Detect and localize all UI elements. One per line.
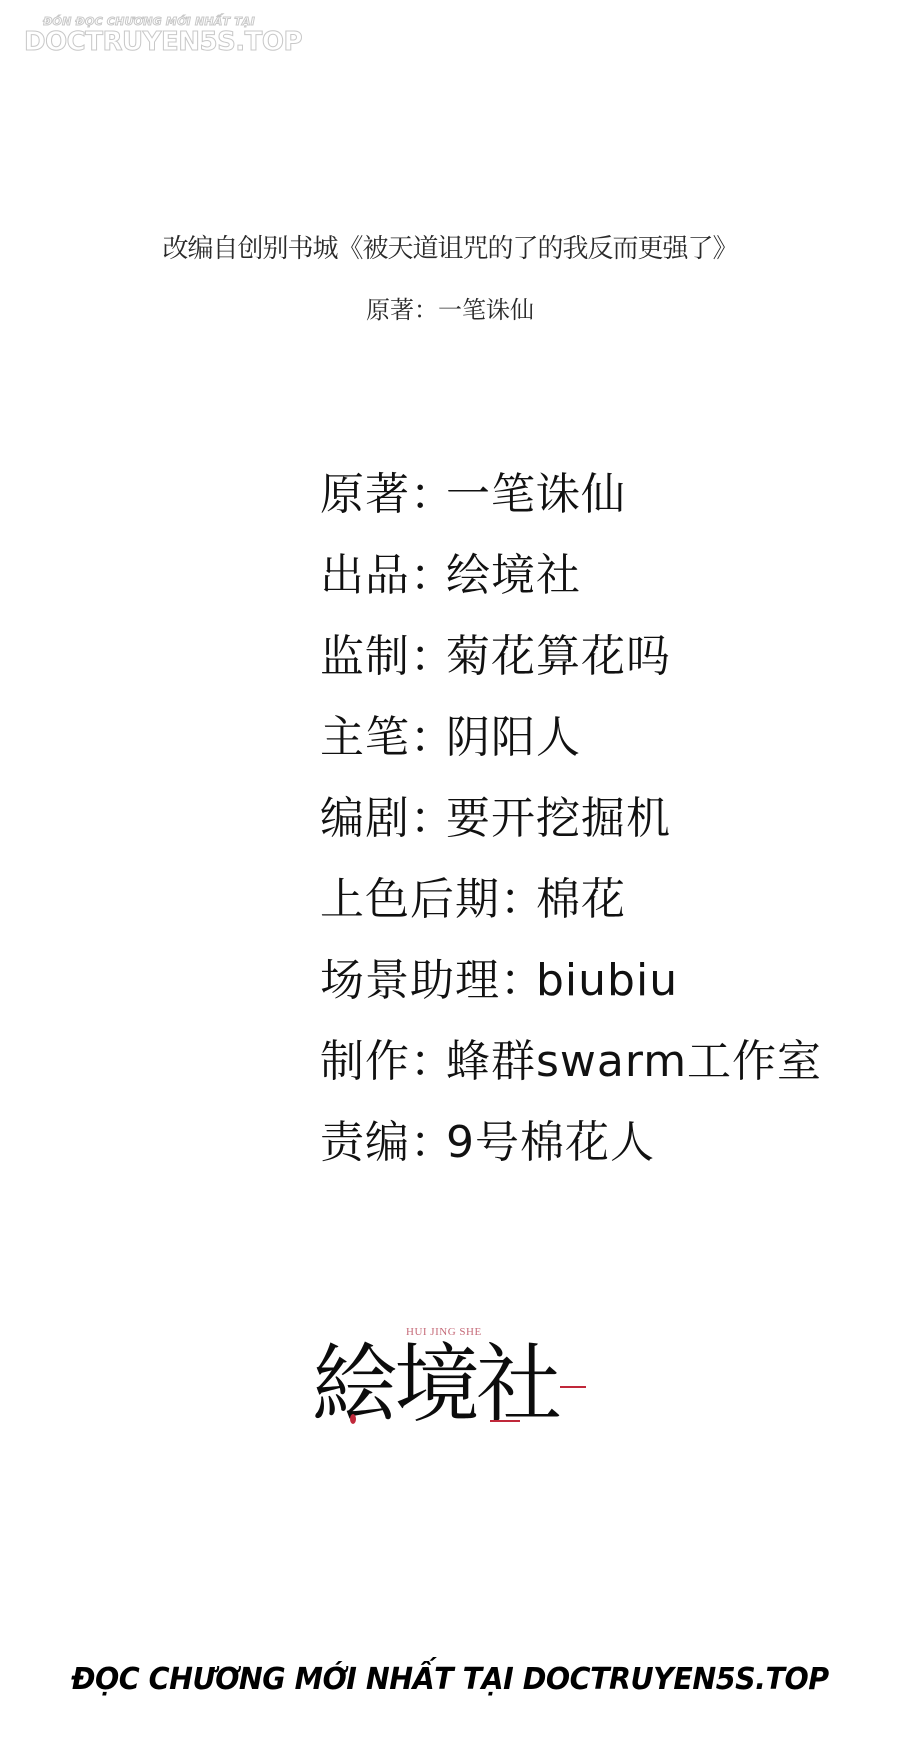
credit-name: 菊花算花吗 bbox=[446, 631, 671, 682]
credit-name: 9号棉花人 bbox=[446, 1117, 655, 1168]
credit-row-supervisor: 监制：菊花算花吗 bbox=[320, 630, 822, 711]
credit-row-original-author: 原著：一笔诛仙 bbox=[320, 468, 822, 549]
credit-row-lead-artist: 主笔：阴阳人 bbox=[320, 711, 822, 792]
credit-separator: ： bbox=[410, 1116, 446, 1170]
logo-wordmark: 絵境社 bbox=[312, 1330, 558, 1440]
watermark-domain: DOCTRUYEN5S.TOP bbox=[24, 29, 274, 55]
credit-name: 阴阳人 bbox=[446, 712, 581, 763]
credit-separator: ： bbox=[410, 792, 446, 846]
credit-role: 编剧 bbox=[320, 793, 410, 844]
credit-role: 上色后期 bbox=[320, 874, 500, 925]
credit-role: 监制 bbox=[320, 631, 410, 682]
credit-separator: ： bbox=[500, 873, 536, 927]
credit-separator: ： bbox=[500, 954, 536, 1008]
logo-red-accent-stroke-icon bbox=[490, 1420, 520, 1422]
hui-jing-she-logo: 絵境社 HUI JING SHE bbox=[312, 1318, 582, 1458]
original-author-line: 原著：一笔诛仙 bbox=[0, 290, 900, 325]
credit-name: 棉花 bbox=[536, 874, 626, 925]
credit-row-production: 制作：蜂群swarm工作室 bbox=[320, 1035, 822, 1116]
credits-list: 原著：一笔诛仙 出品：绘境社 监制：菊花算花吗 主笔：阴阳人 编剧：要开挖掘机 … bbox=[320, 468, 822, 1197]
credit-name: biubiu bbox=[536, 955, 678, 1006]
credit-role: 制作 bbox=[320, 1036, 410, 1087]
credit-name: 要开挖掘机 bbox=[446, 793, 671, 844]
credit-separator: ： bbox=[410, 549, 446, 603]
credit-role: 责编 bbox=[320, 1117, 410, 1168]
watermark-tagline: ĐÓN ĐỌC CHƯƠNG MỚI NHẤT TẠI bbox=[24, 16, 274, 27]
credit-separator: ： bbox=[410, 711, 446, 765]
logo-subtitle: HUI JING SHE bbox=[404, 1326, 484, 1338]
read-latest-chapter-banner: ĐỌC CHƯƠNG MỚI NHẤT TẠI DOCTRUYEN5S.TOP bbox=[23, 1662, 878, 1697]
credit-name: 蜂群swarm工作室 bbox=[446, 1036, 822, 1087]
credit-separator: ： bbox=[410, 630, 446, 684]
credit-role: 原著 bbox=[320, 469, 410, 520]
credit-role: 主笔 bbox=[320, 712, 410, 763]
credit-row-background-assistant: 场景助理：biubiu bbox=[320, 954, 822, 1035]
credit-row-screenwriter: 编剧：要开挖掘机 bbox=[320, 792, 822, 873]
adaptation-source-line: 改编自创别书城《被天道诅咒的了的我反而更强了》 bbox=[0, 228, 900, 265]
logo-red-accent-stroke-icon bbox=[560, 1386, 586, 1388]
credit-separator: ： bbox=[410, 468, 446, 522]
credit-role: 出品 bbox=[320, 550, 410, 601]
logo-red-accent-dot-icon bbox=[350, 1414, 356, 1424]
credit-row-publisher: 出品：绘境社 bbox=[320, 549, 822, 630]
credit-separator: ： bbox=[410, 1035, 446, 1089]
credit-row-editor: 责编：9号棉花人 bbox=[320, 1116, 822, 1197]
credit-name: 绘境社 bbox=[446, 550, 581, 601]
site-watermark: ĐÓN ĐỌC CHƯƠNG MỚI NHẤT TẠI DOCTRUYEN5S.… bbox=[24, 16, 274, 55]
credit-role: 场景助理 bbox=[320, 955, 500, 1006]
credit-row-colorist: 上色后期：棉花 bbox=[320, 873, 822, 954]
credit-name: 一笔诛仙 bbox=[446, 469, 626, 520]
